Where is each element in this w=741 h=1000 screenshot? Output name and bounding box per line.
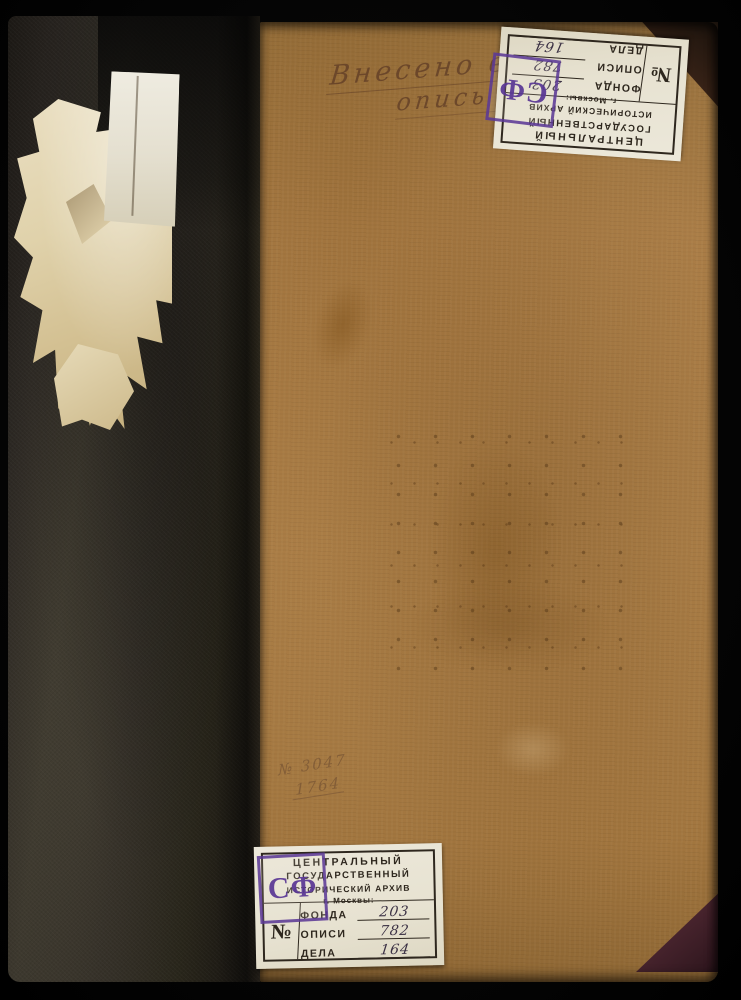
- paper-crack: [131, 76, 138, 216]
- opis-label: ОПИСИ: [300, 928, 358, 941]
- archive-label-bottom: ЦЕНТРАЛЬНЫЙ ГОСУДАРСТВЕННЫЙ ИСТОРИЧЕСКИЙ…: [254, 843, 445, 969]
- delo-value: 164: [512, 36, 587, 55]
- book-front-cover: [260, 22, 718, 982]
- spine-hinge-fold: [216, 16, 260, 982]
- sf-stamp: СФ: [257, 852, 329, 924]
- cover-stain: [495, 722, 570, 777]
- opis-value: 782: [358, 924, 432, 940]
- fond-value: 203: [357, 906, 431, 922]
- book-cover: Внесено в опись № 3047 1764 ЦЕНТРАЛЬНЫЙ …: [8, 14, 718, 984]
- delo-row: ДЕЛА 164: [301, 941, 431, 960]
- photo-background: Внесено в опись № 3047 1764 ЦЕНТРАЛЬНЫЙ …: [0, 0, 741, 1000]
- fond-label: ФОНДА: [582, 78, 641, 94]
- delo-label: ДЕЛА: [301, 946, 359, 959]
- opis-row: ОПИСИ 782: [300, 922, 430, 941]
- paper-label-strip: [102, 71, 179, 227]
- stamp-no-symbol: №: [639, 46, 682, 104]
- archive-label-top: ЦЕНТРАЛЬНЫЙ ГОСУДАРСТВЕННЫЙ ИСТОРИЧЕСКИЙ…: [493, 27, 689, 162]
- delo-label: ДЕЛА: [585, 41, 644, 57]
- cover-speckles: [380, 422, 640, 682]
- delo-value: 164: [358, 943, 432, 959]
- opis-label: ОПИСИ: [584, 59, 643, 75]
- sf-stamp: СФ: [485, 52, 561, 128]
